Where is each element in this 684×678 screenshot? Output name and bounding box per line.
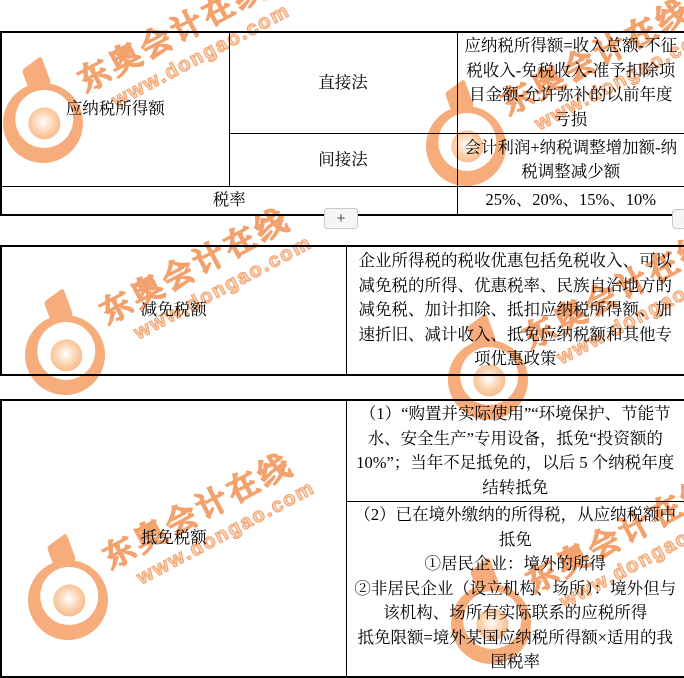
insert-button-partial[interactable] <box>672 209 684 229</box>
tax-rate-values-cell: 25%、20%、15%、10% <box>457 187 684 216</box>
taxable-income-table: 应纳税所得额 直接法 应纳税所得额=收入总额-不征税收入-免税收入-准予扣除项目… <box>0 31 684 216</box>
tax-credit-table: 抵免税额 （1）“购置并实际使用”“环境保护、节能节水、安全生产”专用设备，抵免… <box>0 399 684 678</box>
tax-credit-row2-cell: （2）已在境外缴纳的所得税，从应纳税额中抵免 ①居民企业：境外的所得 ②非居民企… <box>346 502 684 678</box>
taxable-income-label-cell: 应纳税所得额 <box>1 32 229 187</box>
direct-method-label-cell: 直接法 <box>229 32 457 134</box>
tax-reduction-label-cell: 减免税额 <box>1 246 346 375</box>
direct-method-formula-cell: 应纳税所得额=收入总额-不征税收入-免税收入-准予扣除项目金额-允许弥补的以前年… <box>457 32 684 134</box>
tax-credit-row1-cell: （1）“购置并实际使用”“环境保护、节能节水、安全生产”专用设备，抵免“投资额的… <box>346 400 684 502</box>
tax-reduction-table: 减免税额 企业所得税的税收优惠包括免税收入、可以减免税的所得、优惠税率、民族自治… <box>0 245 684 376</box>
tax-credit-label-cell: 抵免税额 <box>1 400 346 677</box>
indirect-method-label-cell: 间接法 <box>229 134 457 187</box>
tax-rate-label-cell: 税率 <box>1 187 457 216</box>
page: { "watermark": { "brand_text": "东奥会计在线",… <box>0 0 684 678</box>
indirect-method-formula-cell: 会计利润+纳税调整增加额-纳税调整减少额 <box>457 134 684 187</box>
tax-reduction-content-cell: 企业所得税的税收优惠包括免税收入、可以减免税的所得、优惠税率、民族自治地方的减免… <box>346 246 684 375</box>
insert-row-button[interactable]: + <box>324 208 358 229</box>
